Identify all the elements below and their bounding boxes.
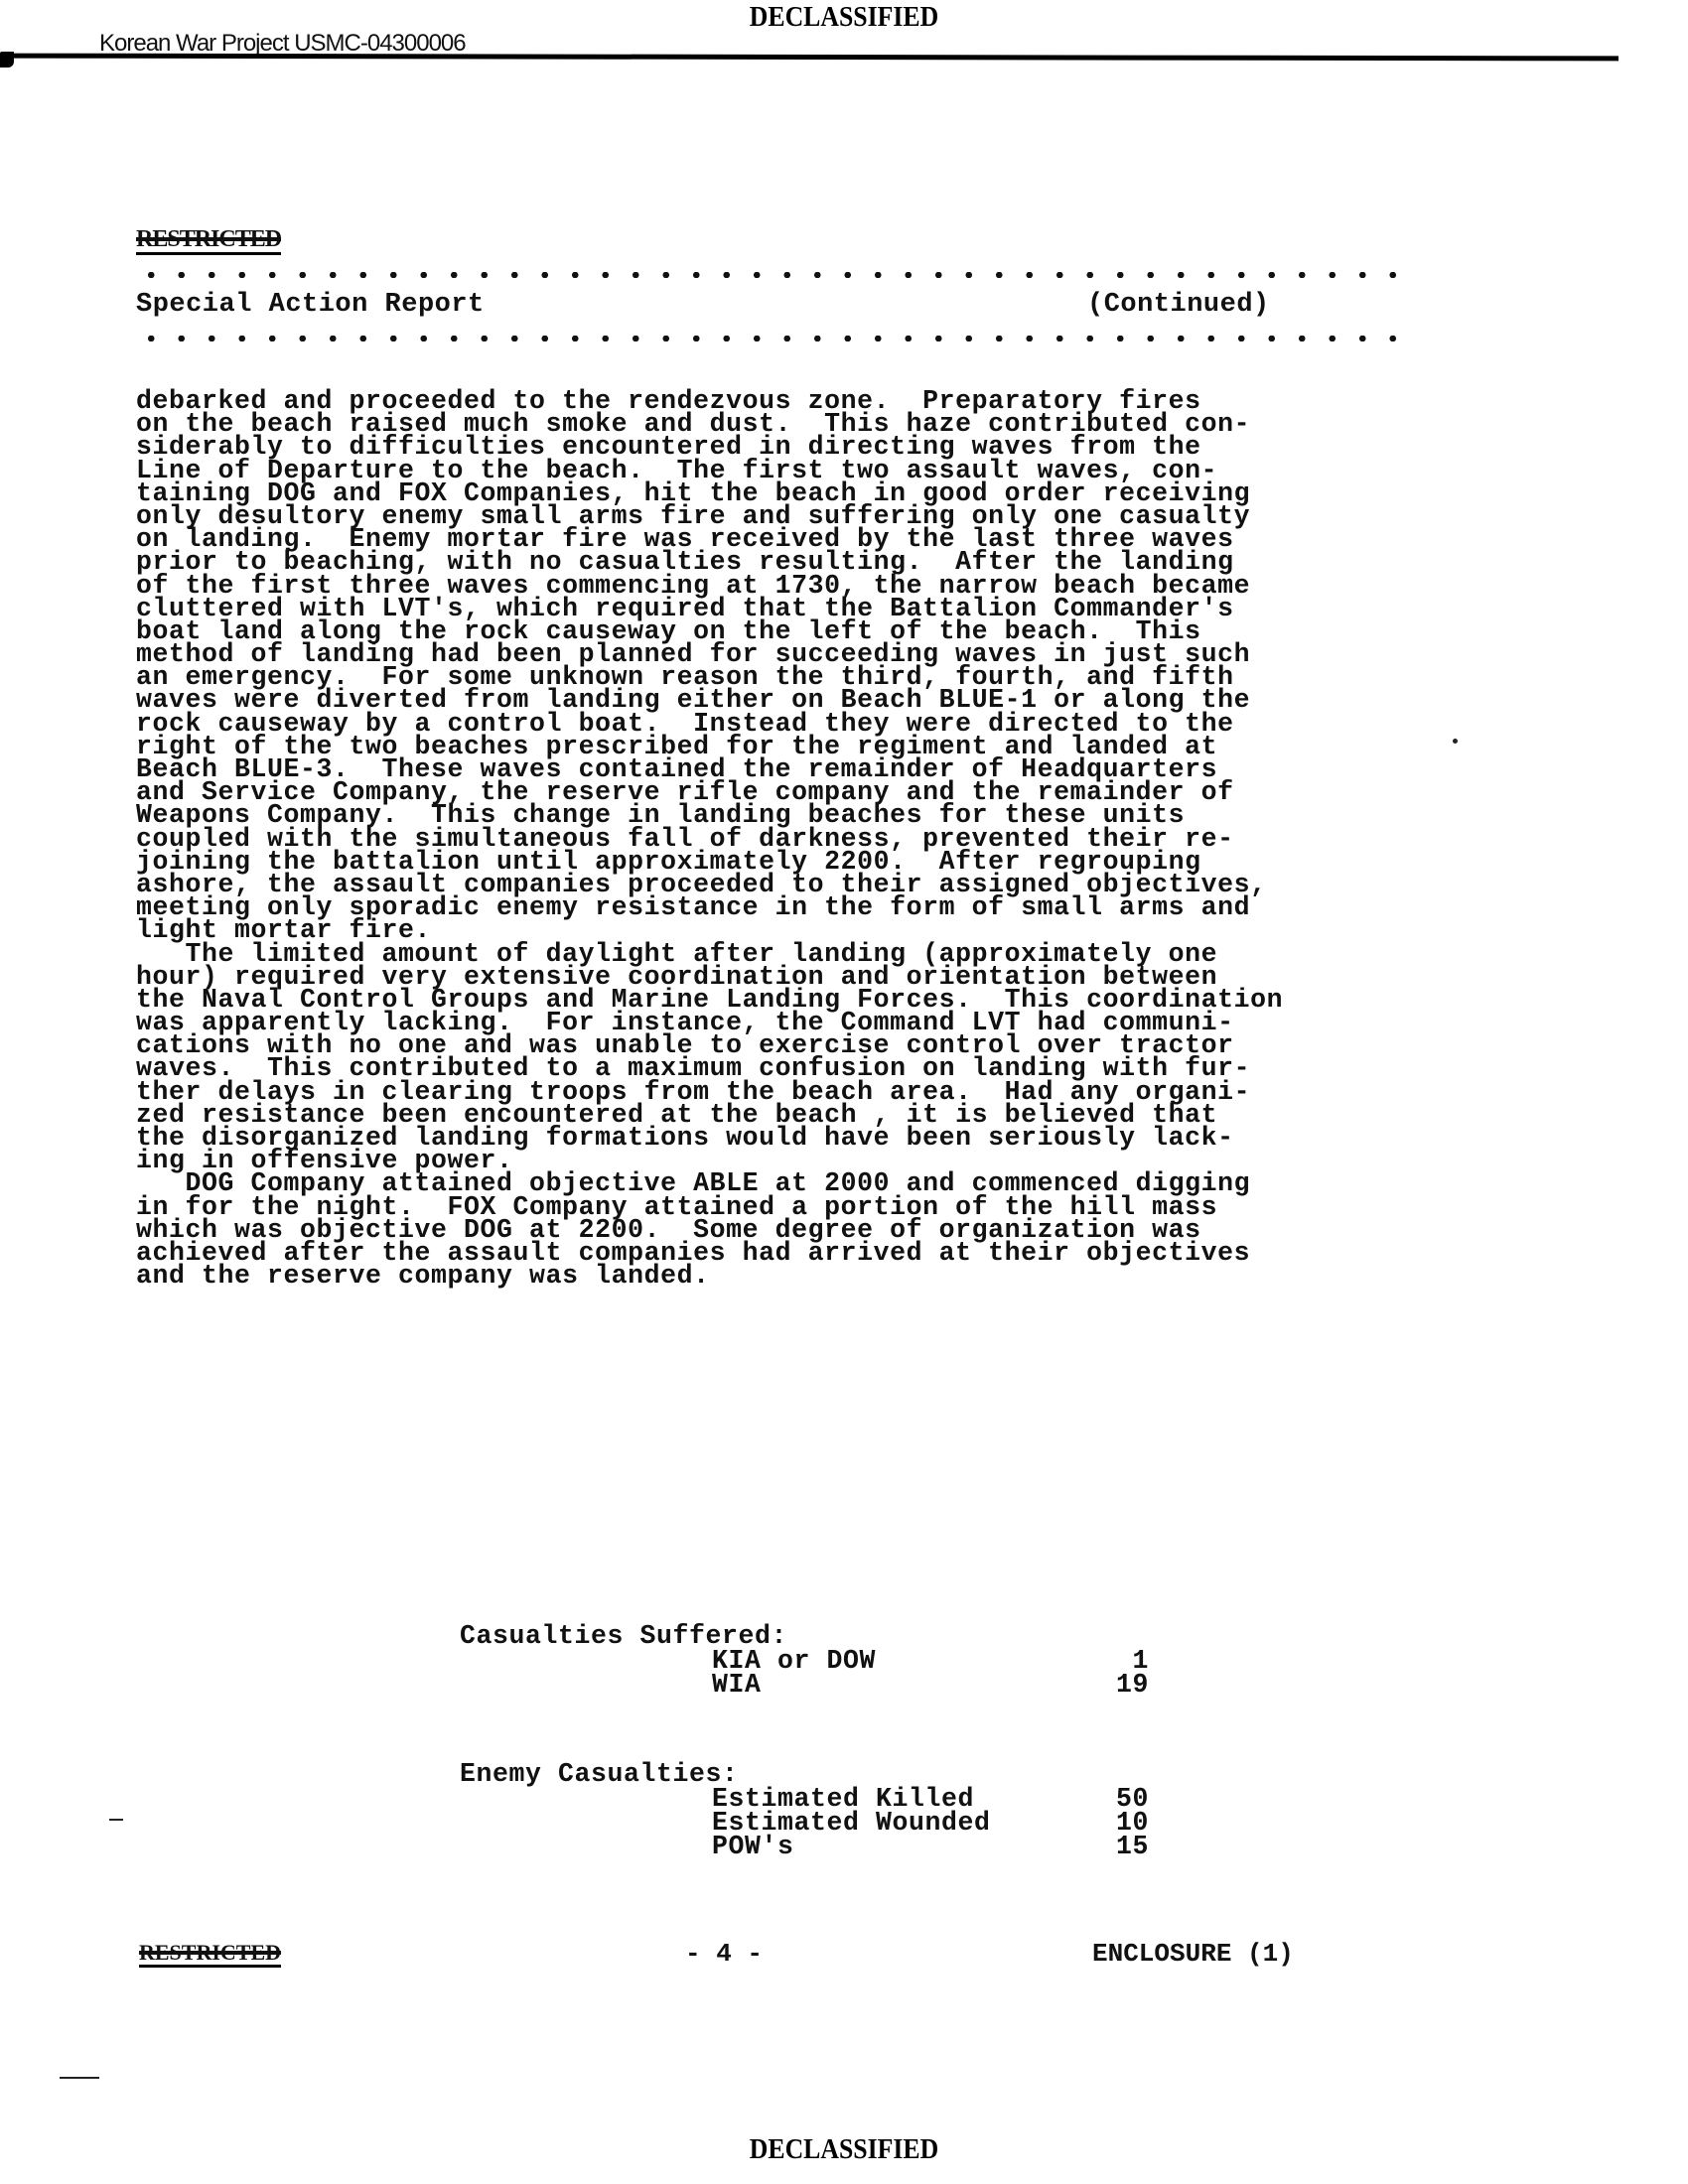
classification-marking-top: RESTRICTED bbox=[136, 226, 281, 255]
page-number: - 4 - bbox=[685, 1939, 763, 1969]
casualty-value: 19 bbox=[1116, 1670, 1149, 1700]
scan-speck bbox=[1453, 739, 1458, 744]
scan-speck bbox=[109, 1819, 123, 1821]
dotted-divider-bottom bbox=[136, 336, 1407, 341]
enclosure-label: ENCLOSURE (1) bbox=[1092, 1939, 1294, 1969]
continued-label: (Continued) bbox=[1087, 290, 1270, 320]
casualty-label: POW's bbox=[712, 1832, 794, 1861]
enemy-casualties-heading: Enemy Casualties: bbox=[460, 1759, 739, 1789]
header-rule bbox=[0, 54, 1618, 62]
casualty-value: 15 bbox=[1116, 1832, 1149, 1861]
body-line: and the reserve company was landed. bbox=[136, 1265, 1526, 1288]
scan-speck bbox=[60, 2077, 99, 2079]
dotted-divider-top bbox=[136, 272, 1407, 278]
report-title: Special Action Report bbox=[136, 290, 485, 320]
classification-marking-bottom: RESTRICTED bbox=[139, 1941, 281, 1968]
casualty-label: WIA bbox=[712, 1670, 762, 1700]
declassified-stamp-bottom: DECLASSIFIED bbox=[68, 2134, 1620, 2166]
report-body: debarked and proceeded to the rendezvous… bbox=[136, 390, 1526, 1288]
